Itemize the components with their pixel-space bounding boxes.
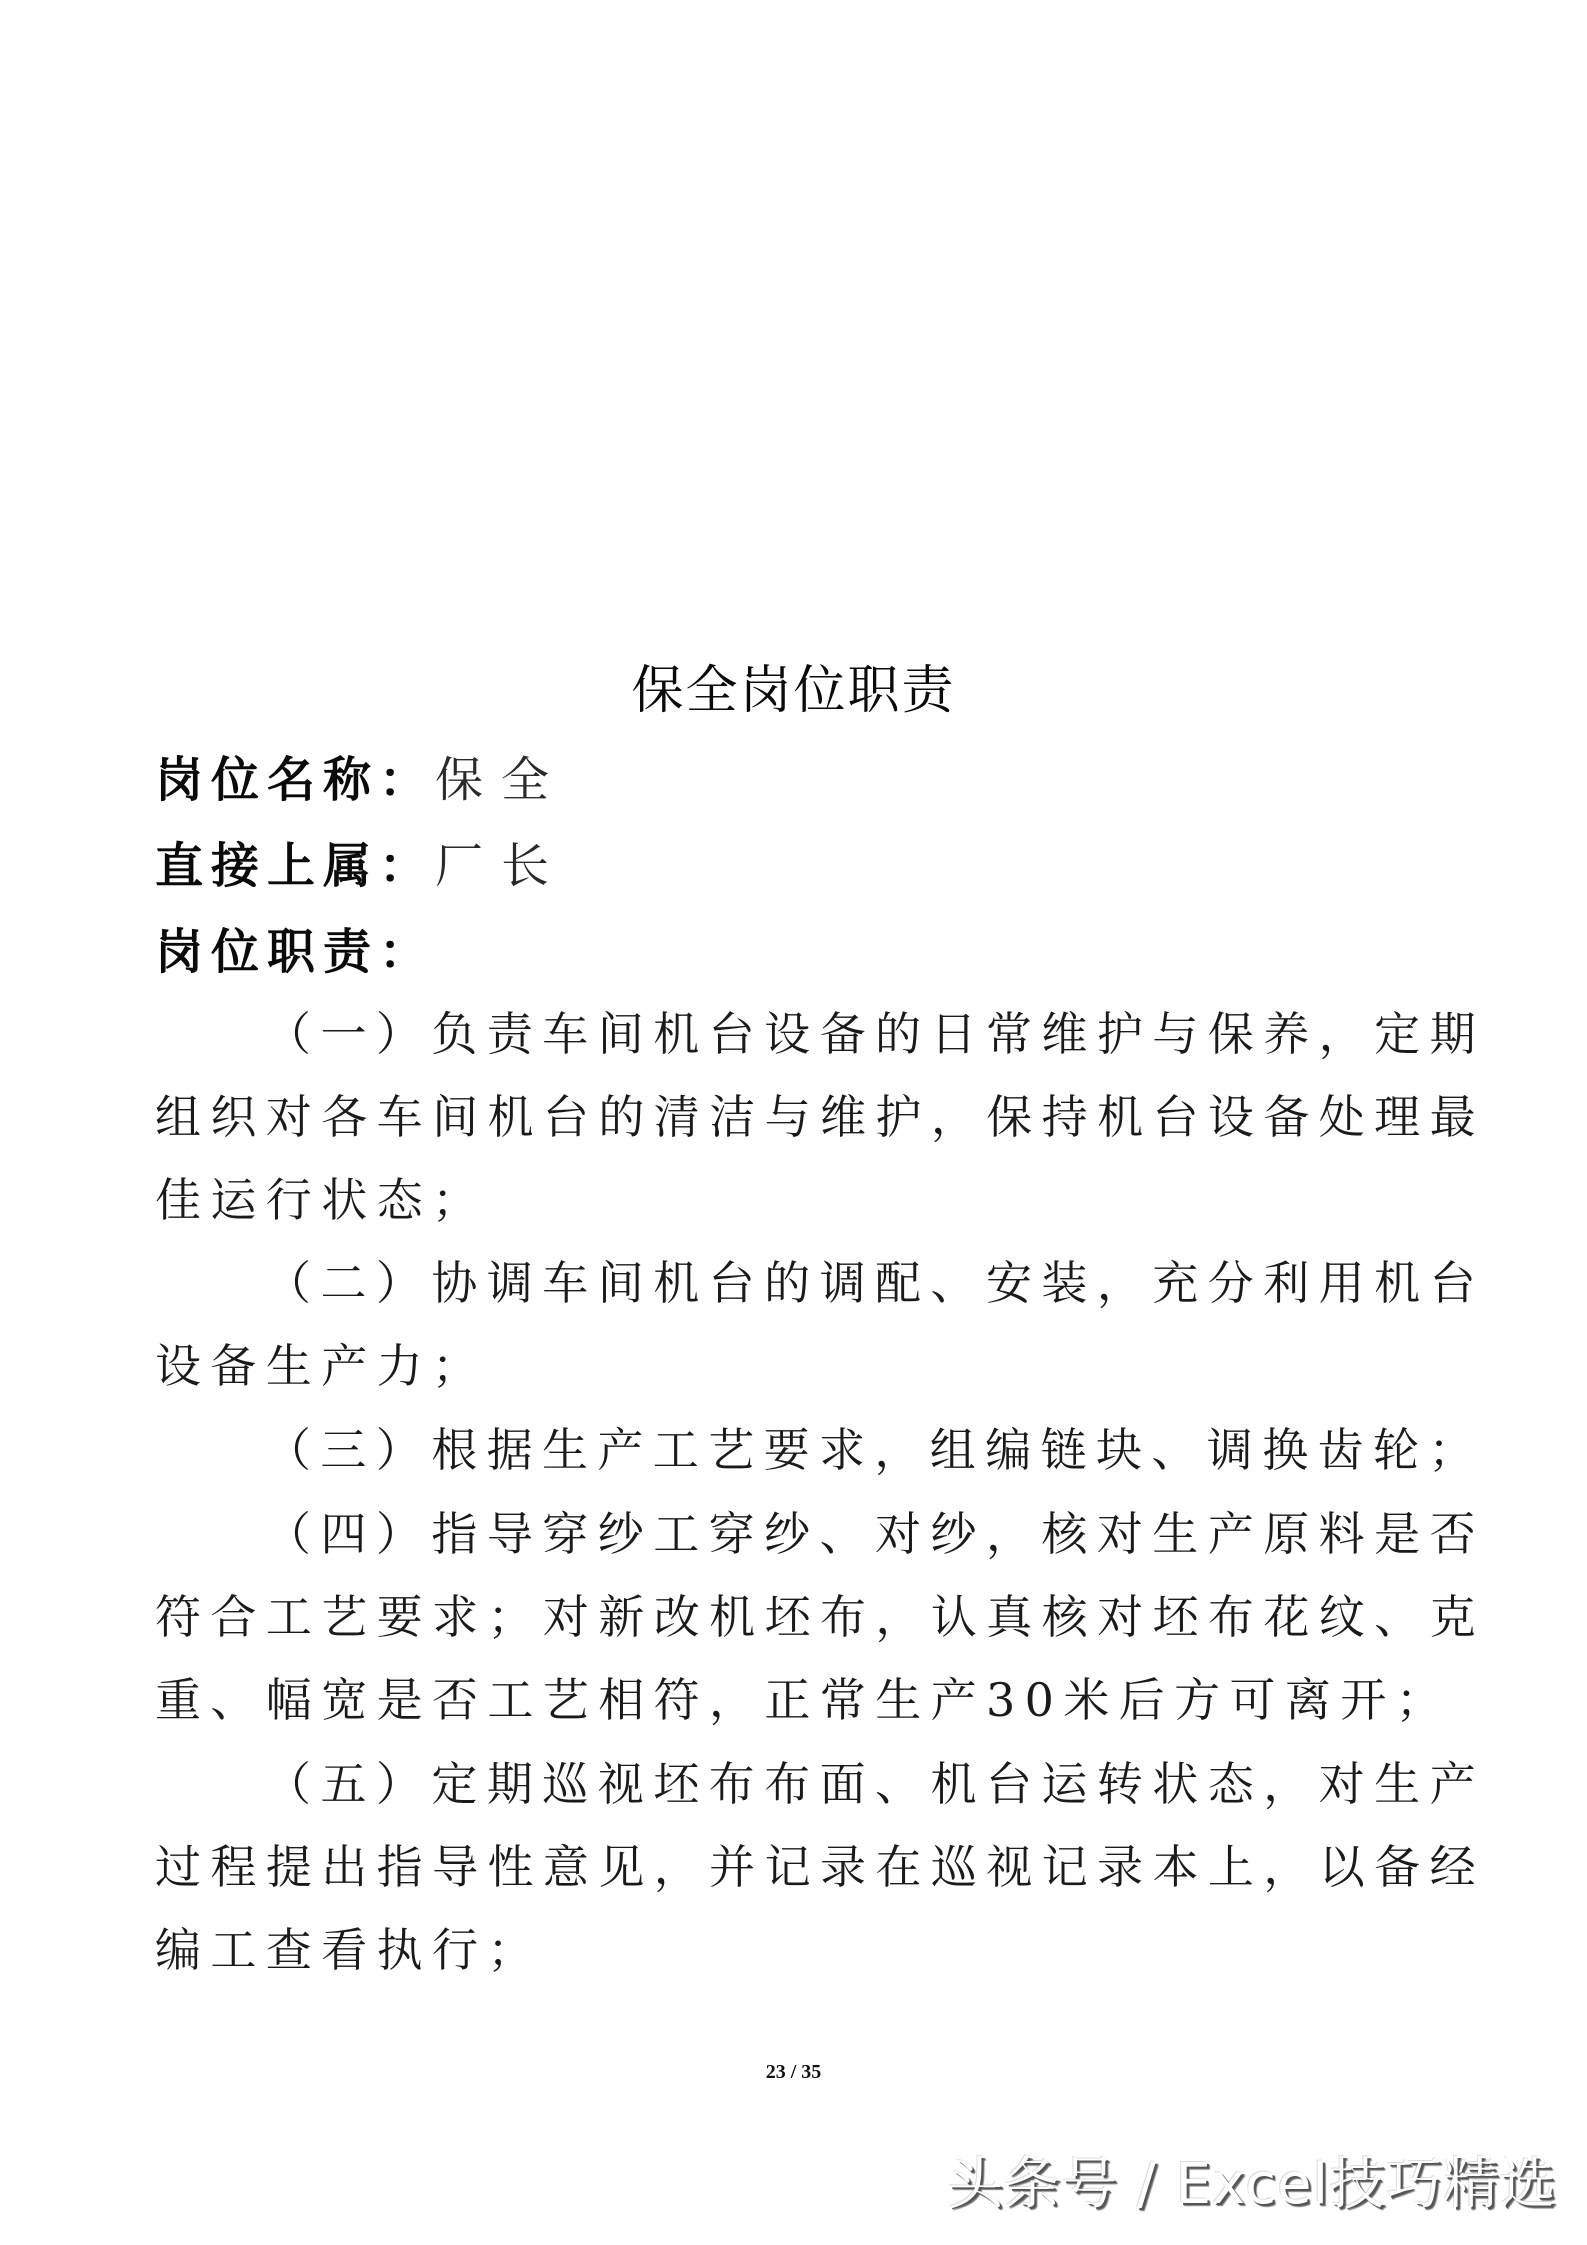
position-name-label: 岗位名称： [155, 752, 435, 808]
duty-item-2: （二）协调车间机台的调配、安装，充分利用机台设备生产力； [155, 1242, 1485, 1408]
direct-superior-label: 直接上属： [155, 838, 435, 894]
duty-number: （四） [265, 1507, 431, 1561]
direct-superior-value: 厂长 [435, 838, 567, 894]
duty-number: （一） [265, 1007, 431, 1061]
duty-item-5: （五）定期巡视坯布布面、机台运转状态，对生产过程提出指导性意见，并记录在巡视记录… [155, 1743, 1485, 1992]
duty-number: （二） [265, 1256, 431, 1310]
duty-item-4: （四）指导穿纱工穿纱、对纱，核对生产原料是否符合工艺要求；对新改机坯布，认真核对… [155, 1493, 1485, 1742]
duty-number: （五） [265, 1757, 431, 1811]
position-name-row: 岗位名称：保全 [155, 750, 567, 810]
duty-text: 根据生产工艺要求，组编链块、调换齿轮； [431, 1423, 1484, 1477]
page-number: 23 / 35 [0, 2060, 1587, 2084]
duty-item-3: （三）根据生产工艺要求，组编链块、调换齿轮； [155, 1409, 1485, 1492]
duty-item-1: （一）负责车间机台设备的日常维护与保养，定期组织对各车间机台的清洁与维护，保持机… [155, 993, 1485, 1242]
duties-heading-row: 岗位职责： [155, 922, 435, 982]
duty-number: （三） [265, 1423, 431, 1477]
document-title: 保全岗位职责 [0, 658, 1587, 724]
direct-superior-row: 直接上属：厂长 [155, 836, 567, 896]
document-page: 保全岗位职责 岗位名称：保全 直接上属：厂长 岗位职责： （一）负责车间机台设备… [0, 0, 1587, 2245]
duties-heading: 岗位职责： [155, 924, 435, 980]
watermark: 头条号 / Excel技巧精选 [947, 2150, 1557, 2220]
position-name-value: 保全 [435, 752, 567, 808]
